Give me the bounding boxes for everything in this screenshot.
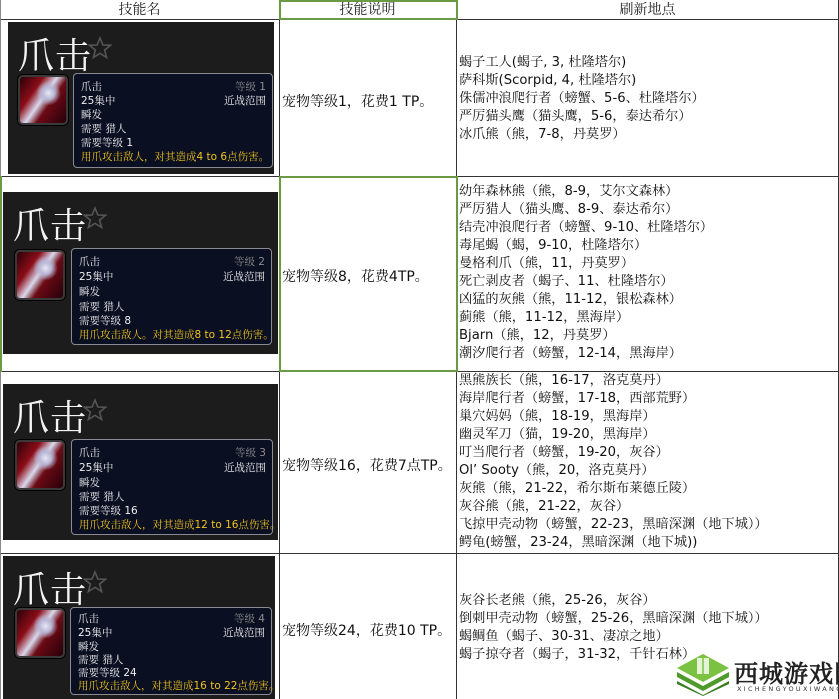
list-item: 海岸爬行者（螃蟹，17-18，西部荒野） [459, 390, 768, 408]
skill-title: 爪击 [13, 390, 87, 441]
tooltip-range: 近战范围 [223, 625, 265, 640]
skill-tooltip: 爪击 等级 2 25集中 近战范围 瞬发 需要 猎人 需要等级 8 用爪攻击敌人… [71, 248, 272, 345]
tooltip-cast: 瞬发 [79, 475, 100, 490]
skill-description: 宠物等级24，花费10 TP。 [282, 620, 451, 640]
list-item: 倒刺甲壳动物（螃蟹，25-26，黑暗深渊（地下城）） [459, 610, 768, 628]
skill-description: 宠物等级1，花费1 TP。 [282, 91, 433, 111]
skill-title: 爪击 [13, 198, 87, 249]
claw-skill-icon [15, 250, 65, 300]
spawn-location-list: 幼年森林熊（熊，8-9，艾尔文森林） 严厉猎人（猫头鹰、8-9、泰达希尔） 结壳… [459, 183, 713, 363]
skill-tooltip: 爪击 等级 4 25集中 近战范围 瞬发 需要 猎人 需要等级 24 用爪攻击敌… [70, 607, 272, 695]
tooltip-requires-class: 需要 猎人 [79, 489, 124, 504]
tooltip-skill-name: 爪击 [79, 445, 100, 460]
tooltip-range: 近战范围 [224, 93, 266, 108]
list-item: 叮当爬行者（螃蟹，19-20，灰谷） [459, 444, 768, 462]
skill-description: 宠物等级16，花费7点TP。 [282, 455, 452, 475]
list-item: 灰熊（熊，21-22，希尔斯布莱德丘陵） [459, 480, 768, 498]
tooltip-rank: 等级 1 [235, 79, 266, 94]
list-item: Bjarn（熊，12，丹莫罗） [459, 327, 713, 345]
skill-description: 宠物等级8，花费4TP。 [282, 266, 429, 286]
star-icon[interactable] [83, 206, 107, 230]
watermark-logo-icon [675, 652, 731, 696]
skill-card: 爪击 爪击 等级 3 25集中 近战范围 瞬发 需要 猎人 需要等级 16 用爪… [3, 384, 278, 540]
tooltip-skill-name: 爪击 [81, 79, 102, 94]
tooltip-cost: 25集中 [78, 625, 112, 640]
list-item: 侏儒冲浪爬行者（螃蟹、5-6、杜隆塔尔） [459, 90, 705, 108]
list-item: 潮汐爬行者（螃蟹，12-14，黑海岸） [459, 345, 713, 363]
list-item: 巢穴妈妈（熊，18-19，黑海岸） [459, 408, 768, 426]
list-item: 飞掠甲壳动物（螃蟹，22-23，黑暗深渊（地下城）） [459, 516, 768, 534]
claw-skill-icon [15, 608, 65, 658]
spawn-location-list: 蝎子工人(蝎子, 3, 杜隆塔尔) 萨科斯(Scorpid, 4, 杜隆塔尔) … [459, 54, 705, 144]
list-item: 幽灵军刀（猫，19-20，黑海岸） [459, 426, 768, 444]
list-item: Ol’ Sooty（熊，20，洛克莫丹） [459, 462, 768, 480]
skill-tooltip: 爪击 等级 1 25集中 近战范围 瞬发 需要 猎人 需要等级 1 用爪攻击敌人… [73, 73, 273, 168]
tooltip-requires-class: 需要 猎人 [79, 299, 124, 314]
list-item: 蝎鲷鱼（蝎子、30-31、凄凉之地） [459, 628, 768, 646]
spawn-location-list: 黑熊族长（熊，16-17，洛克莫丹） 海岸爬行者（螃蟹，17-18，西部荒野） … [459, 372, 768, 552]
list-item: 灰谷熊（熊，21-22，灰谷） [459, 498, 768, 516]
tooltip-cast: 瞬发 [79, 284, 100, 299]
tooltip-effect: 用爪攻击敌人，对其造成4 to 6点伤害。 [81, 149, 269, 164]
skill-title: 爪击 [13, 562, 87, 613]
tooltip-effect: 用爪攻击敌人，对其造成12 to 16点伤害。 [79, 517, 280, 532]
list-item: 严厉猫头鹰（猫头鹰，5-6，泰达希尔） [459, 108, 705, 126]
skill-card: 爪击 爪击 等级 4 25集中 近战范围 瞬发 需要 猎人 需要等级 24 用爪… [3, 556, 275, 699]
claw-skill-icon [15, 440, 65, 490]
list-item: 鳄龟(螃蟹，23-24，黑暗深渊（地下城)) [459, 534, 768, 552]
list-item: 结壳冲浪爬行者（螃蟹、9-10、杜隆塔尔） [459, 219, 713, 237]
watermark-subtext: XICHENGYOUXIWANG [737, 685, 839, 693]
list-item: 灰谷长老熊（熊，25-26，灰谷） [459, 592, 768, 610]
tooltip-cast: 瞬发 [81, 107, 102, 122]
tooltip-skill-name: 爪击 [79, 254, 100, 269]
list-item: 毒尾蝎（蝎，9-10，杜隆塔尔） [459, 237, 713, 255]
tooltip-requires-level: 需要等级 16 [79, 503, 138, 518]
tooltip-range: 近战范围 [223, 269, 265, 284]
header-spawn-location[interactable]: 刷新地点 [456, 0, 839, 19]
list-item: 蝎子工人(蝎子, 3, 杜隆塔尔) [459, 54, 705, 72]
site-watermark: 西城游戏网 XICHENGYOUXIWANG [675, 650, 839, 699]
skill-card: 爪击 爪击 等级 2 25集中 近战范围 瞬发 需要 猎人 需要等级 8 用爪攻… [3, 192, 278, 354]
tooltip-requires-level: 需要等级 1 [81, 135, 133, 150]
tooltip-requires-level: 需要等级 8 [79, 313, 131, 328]
tooltip-rank: 等级 2 [234, 254, 265, 269]
tooltip-requires-class: 需要 猎人 [81, 121, 126, 136]
star-icon[interactable] [83, 570, 107, 594]
tooltip-skill-name: 爪击 [78, 611, 99, 626]
list-item: 萨科斯(Scorpid, 4, 杜隆塔尔) [459, 72, 705, 90]
tooltip-effect: 用爪攻击敌人。对其造成8 to 12点伤害。 [79, 327, 274, 342]
tooltip-cost: 25集中 [79, 460, 113, 475]
list-item: 蓟熊（熊，11-12，黑海岸） [459, 309, 713, 327]
star-icon[interactable] [83, 398, 107, 422]
tooltip-rank: 等级 3 [235, 445, 266, 460]
list-item: 黑熊族长（熊，16-17，洛克莫丹） [459, 372, 768, 390]
skill-tooltip: 爪击 等级 3 25集中 近战范围 瞬发 需要 猎人 需要等级 16 用爪攻击敌… [71, 439, 273, 535]
watermark-text: 西城游戏网 [734, 654, 839, 689]
tooltip-effect: 用爪攻击敌人，对其造成16 to 22点伤害。 [78, 678, 279, 693]
header-skill-name[interactable]: 技能名 [0, 0, 279, 19]
row-divider [0, 553, 839, 554]
star-icon[interactable] [88, 36, 112, 60]
tooltip-range: 近战范围 [224, 460, 266, 475]
list-item: 凶猛的灰熊（熊，11-12，银松森林） [459, 291, 713, 309]
tooltip-rank: 等级 4 [234, 611, 265, 626]
tooltip-cost: 25集中 [81, 93, 115, 108]
list-item: 曼格利爪（熊，11，丹莫罗） [459, 255, 713, 273]
header-skill-description[interactable]: 技能说明 [279, 0, 456, 19]
list-item: 严厉猎人（猫头鹰、8-9、泰达希尔） [459, 201, 713, 219]
skill-title: 爪击 [18, 28, 92, 79]
skill-card: 爪击 爪击 等级 1 25集中 近战范围 瞬发 需要 猎人 需要等级 1 用爪攻… [8, 22, 274, 174]
list-item: 冰爪熊（熊，7-8，丹莫罗） [459, 126, 705, 144]
list-item: 幼年森林熊（熊，8-9，艾尔文森林） [459, 183, 713, 201]
claw-skill-icon [18, 75, 68, 125]
list-item: 死亡剥皮者（蝎子、11、杜隆塔尔） [459, 273, 713, 291]
tooltip-cost: 25集中 [79, 269, 113, 284]
